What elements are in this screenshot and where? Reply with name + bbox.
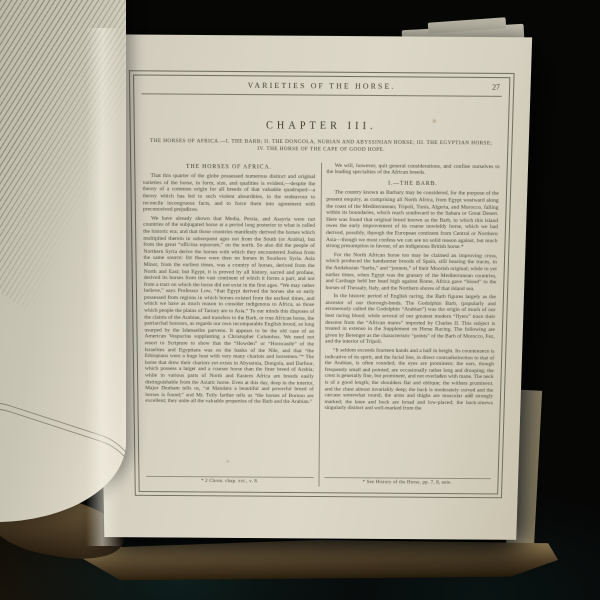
footnote-right: * See History of the Horse, pp. 7, 8, an…	[324, 480, 491, 487]
paragraph: In the historic period of English racing…	[325, 293, 496, 346]
footnote-separator	[324, 477, 491, 479]
text-columns: THE HORSES OF AFRICA. That this quarter …	[142, 161, 499, 488]
book-page: VARIETIES OF THE HORSE. 27 CHAPTER III. …	[95, 34, 532, 540]
page-frame-border-inner: VARIETIES OF THE HORSE. 27 CHAPTER III. …	[133, 74, 510, 494]
chapter-heading: CHAPTER III.	[142, 119, 501, 133]
header-rule	[141, 93, 501, 97]
section-heading-the-barb: I.—THE BARB.	[326, 180, 499, 188]
text-column-left: THE HORSES OF AFRICA. That this quarter …	[142, 161, 320, 486]
chapter-contents: THE HORSES OF AFRICA.—I. THE BARB; II. T…	[142, 138, 500, 155]
paragraph: That this quarter of the globe possessed…	[142, 173, 315, 214]
footnote-left: * 2 Chron. chap. xvi., v. 8.	[146, 479, 313, 486]
running-header-row: VARIETIES OF THE HORSE. 27	[141, 80, 502, 92]
left-page-border-rule-inner	[0, 397, 126, 522]
text-column-right: We will, however, quit general considera…	[319, 162, 500, 487]
left-book-page-curled	[0, 0, 126, 522]
left-page-angled-text-lines	[0, 0, 126, 371]
footnote-block-right: * See History of the Horse, pp. 7, 8, an…	[324, 474, 491, 488]
footnote-separator	[146, 476, 313, 478]
paragraph: We have already shown that Media, Persia…	[143, 215, 315, 406]
book-photo-scene: VARIETIES OF THE HORSE. 27 CHAPTER III. …	[0, 0, 600, 600]
paragraph: “It seldom exceeds fourteen hands and a …	[324, 348, 494, 413]
running-header: VARIETIES OF THE HORSE.	[248, 80, 396, 90]
paragraph: For the North African horse too may be c…	[326, 252, 498, 293]
paragraph: The country known as Barbary may be cons…	[326, 190, 499, 251]
page-number: 27	[492, 82, 500, 91]
section-heading-horses-of-africa: THE HORSES OF AFRICA.	[142, 163, 315, 171]
page-block-bottom-edge	[82, 536, 559, 584]
paragraph: We will, however, quit general considera…	[327, 162, 500, 177]
footnote-block-left: * 2 Chron. chap. xvi., v. 8.	[146, 473, 313, 487]
page-frame-border: VARIETIES OF THE HORSE. 27 CHAPTER III. …	[129, 70, 515, 498]
